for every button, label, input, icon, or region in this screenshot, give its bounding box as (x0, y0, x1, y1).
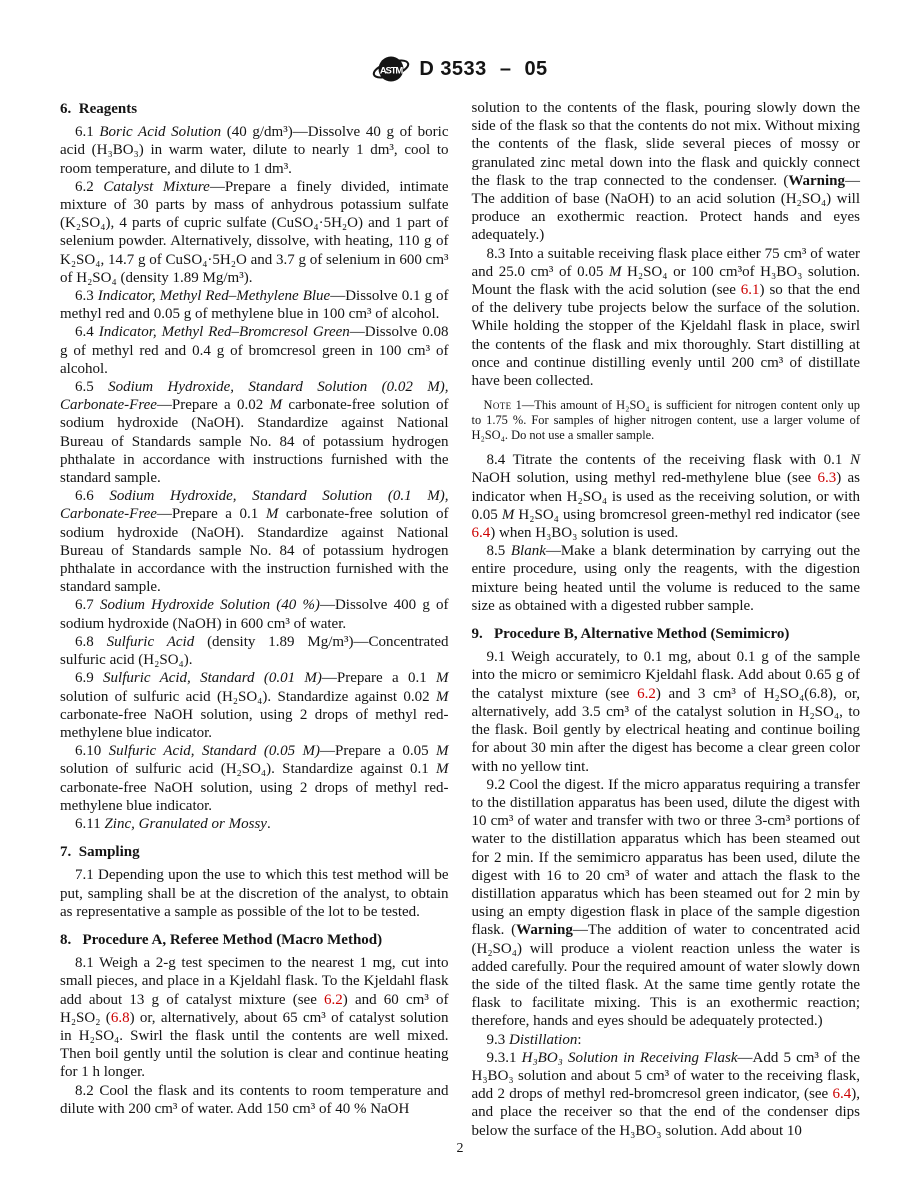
cross-reference-link[interactable]: 6.4 (833, 1086, 852, 1102)
body-paragraph: 6.7 Sodium Hydroxide Solution (40 %)—Dis… (60, 596, 449, 632)
text-segment: 6.2 (75, 179, 103, 195)
text-segment: carbonate-free NaOH solution, using 2 dr… (60, 780, 449, 814)
body-paragraph: 6.4 Indicator, Methyl Red–Bromcresol Gre… (60, 323, 449, 378)
section-heading: 7. Sampling (60, 843, 449, 861)
text-segment: ) when H₃BO₃ solution is used. (490, 525, 678, 541)
document-body: 6. Reagents6.1 Boric Acid Solution (40 g… (60, 99, 860, 1140)
doc-separator: – (500, 58, 512, 81)
body-paragraph: 6.6 Sodium Hydroxide, Standard Solution … (60, 487, 449, 596)
cross-reference-link[interactable]: 6.3 (817, 470, 836, 486)
body-paragraph: 6.8 Sulfuric Acid (density 1.89 Mg/m³)—C… (60, 633, 449, 669)
cross-reference-link[interactable]: 6.2 (324, 992, 343, 1008)
text-segment: Sulfuric Acid, Standard (0.05 M) (109, 743, 320, 759)
body-paragraph: 6.11 Zinc, Granulated or Mossy. (60, 815, 449, 833)
text-segment: Distillation (509, 1032, 577, 1048)
text-segment: 7.1 Depending upon the use to which this… (60, 867, 449, 919)
text-segment: —Prepare a 0.02 (157, 397, 270, 413)
text-segment: solution of sulfuric acid (H₂SO₄). Stand… (60, 761, 436, 777)
body-paragraph: 8.2 Cool the flask and its contents to r… (60, 1082, 449, 1118)
text-segment: 8.2 Cool the flask and its contents to r… (60, 1083, 449, 1117)
text-segment: 6.8 (75, 634, 107, 650)
right-column: solution to the contents of the flask, p… (472, 99, 861, 1140)
body-paragraph: 6.5 Sodium Hydroxide, Standard Solution … (60, 378, 449, 487)
text-segment: 6.6 (75, 488, 109, 504)
svg-text:ASTM: ASTM (380, 65, 403, 76)
text-segment: . (267, 816, 271, 832)
text-segment: : (577, 1032, 581, 1048)
text-segment: —Prepare a 0.1 (157, 506, 266, 522)
text-segment: 6.3 (75, 288, 98, 304)
text-segment: —The addition of water to concentrated a… (472, 922, 861, 1029)
text-segment: M (436, 689, 449, 705)
body-paragraph: 7.1 Depending upon the use to which this… (60, 866, 449, 921)
body-paragraph: 6.1 Boric Acid Solution (40 g/dm³)—Disso… (60, 123, 449, 178)
text-segment: —Prepare a 0.1 (322, 670, 436, 686)
text-segment: Warning (516, 922, 573, 938)
body-paragraph: 6.2 Catalyst Mixture—Prepare a finely di… (60, 178, 449, 287)
text-segment: 6.7 (75, 597, 100, 613)
text-segment: Sodium Hydroxide Solution (40 %) (100, 597, 320, 613)
text-segment: 1—This amount of H₂SO₄ is sufficient for… (472, 398, 861, 442)
cross-reference-link[interactable]: 6.8 (111, 1010, 130, 1026)
note-paragraph: Note 1—This amount of H₂SO₄ is sufficien… (472, 398, 861, 443)
text-segment: ) so that the end of the delivery tube p… (472, 282, 861, 389)
text-segment: M (436, 761, 449, 777)
text-segment: 8.4 Titrate the contents of the receivin… (487, 452, 850, 468)
text-segment: M (502, 507, 515, 523)
text-segment: 6.1 (75, 124, 99, 140)
text-segment: N (850, 452, 860, 468)
text-segment: M (609, 264, 622, 280)
section-heading: 6. Reagents (60, 100, 449, 118)
body-paragraph: 9.1 Weigh accurately, to 0.1 mg, about 0… (472, 648, 861, 775)
section-heading: 9. Procedure B, Alternative Method (Semi… (472, 625, 861, 643)
text-segment: 9.3.1 (487, 1050, 522, 1066)
page-footer: 2 (0, 1141, 920, 1157)
body-paragraph: 6.9 Sulfuric Acid, Standard (0.01 M)—Pre… (60, 669, 449, 742)
doc-year: 05 (524, 58, 547, 81)
document-header: ASTM D 3533 – 05 (0, 0, 920, 86)
doc-designation: D 3533 (419, 58, 487, 81)
text-segment: Sulfuric Acid (107, 634, 195, 650)
body-paragraph: 9.3 Distillation: (472, 1031, 861, 1049)
body-paragraph: 8.4 Titrate the contents of the receivin… (472, 451, 861, 542)
text-segment: Sulfuric Acid, Standard (0.01 M) (103, 670, 322, 686)
document-page: ASTM D 3533 – 05 6. Reagents6.1 Boric Ac… (0, 0, 920, 1191)
text-segment: Boric Acid Solution (99, 124, 221, 140)
body-paragraph: 6.10 Sulfuric Acid, Standard (0.05 M)—Pr… (60, 742, 449, 815)
text-segment: Note (484, 398, 512, 412)
text-segment: Indicator, Methyl Red–Methylene Blue (98, 288, 330, 304)
cross-reference-link[interactable]: 6.4 (472, 525, 491, 541)
cross-reference-link[interactable]: 6.1 (741, 282, 760, 298)
text-segment: H₂SO₄ using bromcresol green-methyl red … (514, 507, 860, 523)
text-segment: carbonate-free NaOH solution, using 2 dr… (60, 707, 449, 741)
body-paragraph: 9.2 Cool the digest. If the micro appara… (472, 776, 861, 1031)
text-segment: Blank (511, 543, 546, 559)
text-segment: 6.10 (75, 743, 109, 759)
text-segment: Indicator, Methyl Red–Bromcresol Green (99, 324, 350, 340)
body-paragraph: 8.3 Into a suitable receiving flask plac… (472, 245, 861, 391)
cross-reference-link[interactable]: 6.2 (637, 686, 656, 702)
text-segment: M (266, 506, 279, 522)
text-segment: 8.5 (487, 543, 511, 559)
text-segment: 6.5 (75, 379, 108, 395)
body-paragraph: solution to the contents of the flask, p… (472, 99, 861, 245)
text-segment: Catalyst Mixture (103, 179, 210, 195)
body-paragraph: 8.1 Weigh a 2-g test specimen to the nea… (60, 954, 449, 1081)
text-segment: 9.3 (487, 1032, 510, 1048)
text-segment: 9.2 Cool the digest. If the micro appara… (472, 777, 861, 939)
left-column: 6. Reagents6.1 Boric Acid Solution (40 g… (60, 99, 449, 1140)
text-segment: —Prepare a 0.05 (320, 743, 436, 759)
text-segment: M (436, 670, 449, 686)
astm-logo-icon: ASTM (372, 52, 410, 86)
text-segment: M (270, 397, 283, 413)
text-segment: 6.11 (75, 816, 104, 832)
section-heading: 8. Procedure A, Referee Method (Macro Me… (60, 931, 449, 949)
document-title: D 3533 – 05 (419, 58, 547, 81)
text-segment: 6.9 (75, 670, 103, 686)
text-segment: solution of sulfuric acid (H₂SO₄). Stand… (60, 689, 436, 705)
text-segment: Warning (788, 173, 845, 189)
text-segment: M (436, 743, 449, 759)
text-segment: 6.4 (75, 324, 99, 340)
page-number: 2 (457, 1141, 464, 1156)
text-segment: Zinc, Granulated or Mossy (104, 816, 267, 832)
body-paragraph: 8.5 Blank—Make a blank determination by … (472, 542, 861, 615)
body-paragraph: 9.3.1 H₃BO₃ Solution in Receiving Flask—… (472, 1049, 861, 1140)
text-segment: H₃BO₃ Solution in Receiving Flask (522, 1050, 738, 1066)
text-segment: NaOH solution, using methyl red-methylen… (472, 470, 818, 486)
body-paragraph: 6.3 Indicator, Methyl Red–Methylene Blue… (60, 287, 449, 323)
